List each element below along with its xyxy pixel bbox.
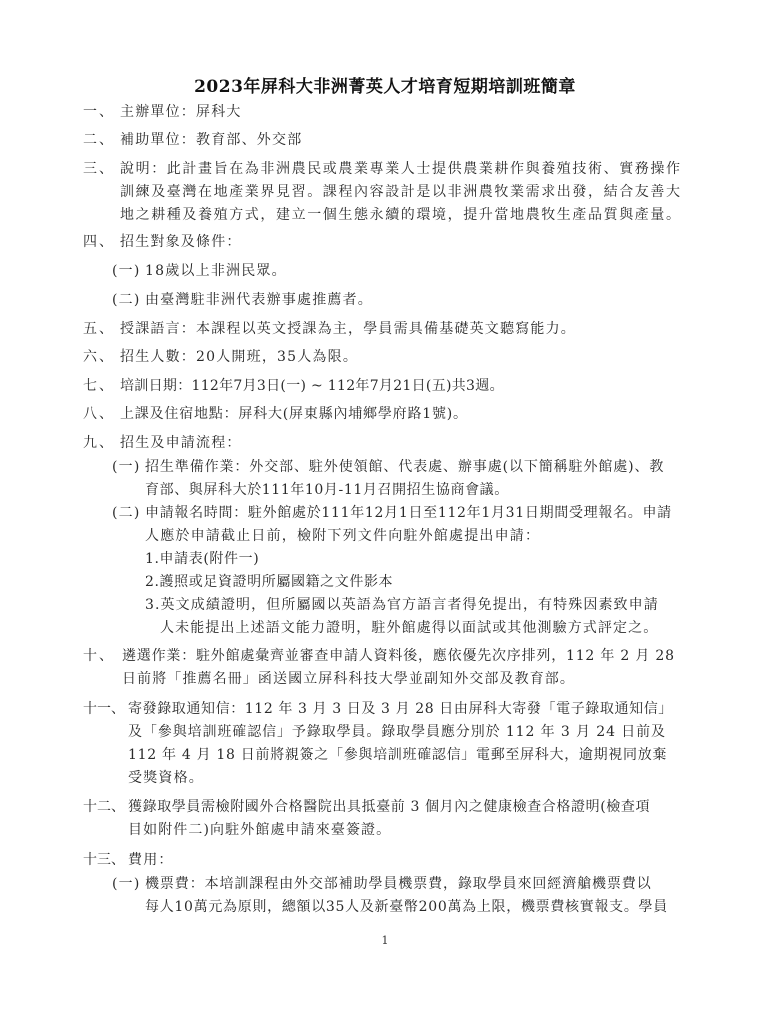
section-text: 招生及申請流程： bbox=[120, 434, 242, 452]
section-number: 十三、 bbox=[83, 851, 125, 869]
document-list-item: 3.英文成績證明，但所屬國以英語為官方語言者得免提出，有特殊因素致申請 bbox=[145, 596, 659, 614]
document-list-item: 1.申請表(附件一) bbox=[145, 550, 259, 568]
section-text: 寄發錄取通知信：112 年 3 月 3 日及 3 月 28 日由屏科大寄發「電子… bbox=[128, 700, 673, 718]
document-list-item: 2.護照或足資證明所屬國籍之文件影本 bbox=[145, 573, 393, 591]
section-text: 地之耕種及養殖方式，建立一個生態永續的環境，提升當地農牧生產品質與產量。 bbox=[120, 206, 682, 224]
item-text: 招生準備作業：外交部、駐外使領館、代表處、辦事處(以下簡稱駐外館處)、教 bbox=[145, 458, 664, 476]
section-text: 受獎資格。 bbox=[128, 769, 204, 787]
item-number: (一) bbox=[112, 262, 141, 280]
item-text: 人應於申請截止日前，檢附下列文件向駐外館處提出申請： bbox=[145, 527, 540, 545]
section-number: 六、 bbox=[83, 348, 115, 366]
section-number: 一、 bbox=[83, 103, 115, 121]
section-number: 七、 bbox=[83, 377, 115, 395]
section-text: 日前將「推薦名冊」函送國立屏科科技大學並副知外交部及教育部。 bbox=[122, 670, 575, 688]
section-number: 八、 bbox=[83, 405, 115, 423]
section-text: 訓練及臺灣在地產業界見習。課程內容設計是以非洲農牧業需求出發，結合友善大 bbox=[120, 183, 682, 201]
item-number: (一) bbox=[112, 458, 141, 476]
section-text: 補助單位：教育部、外交部 bbox=[120, 131, 302, 149]
section-number: 十二、 bbox=[83, 798, 125, 816]
item-number: (二) bbox=[112, 291, 141, 309]
item-number: (二) bbox=[112, 504, 141, 522]
item-text: 每人10萬元為原則，總額以35人及新臺幣200萬為上限，機票費核實報支。學員 bbox=[145, 898, 668, 916]
section-number: 十、 bbox=[83, 647, 115, 665]
item-text: 育部、與屏科大於111年10月-11月召開招生協商會議。 bbox=[145, 481, 509, 499]
section-text: 招生對象及條件： bbox=[120, 233, 242, 251]
item-text: 機票費：本培訓課程由外交部補助學員機票費，錄取學員來回經濟艙機票費以 bbox=[145, 875, 652, 893]
page-number: 1 bbox=[0, 934, 770, 947]
section-number: 四、 bbox=[83, 233, 115, 251]
section-text: 獲錄取學員需檢附國外合格醫院出具抵臺前 3 個月內之健康檢查合格證明(檢查項 bbox=[128, 798, 650, 816]
section-number: 十一、 bbox=[83, 700, 125, 718]
section-text: 費用： bbox=[128, 851, 174, 869]
document-page: 2023年屏科大非洲菁英人才培育短期培訓班簡章 一、 主辦單位：屏科大 二、 補… bbox=[0, 0, 770, 1024]
section-text: 目如附件二)向駐外館處申請來臺簽證。 bbox=[128, 821, 391, 839]
document-list-item: 人未能提出上述語文能力證明，駐外館處得以面試或其他測驗方式評定之。 bbox=[160, 619, 658, 637]
document-title: 2023年屏科大非洲菁英人才培育短期培訓班簡章 bbox=[0, 72, 770, 97]
item-text: 申請報名時間：駐外館處於111年12月1日至112年1月31日期間受理報名。申請 bbox=[145, 504, 672, 522]
item-text: 由臺灣駐非洲代表辦事處推薦者。 bbox=[145, 291, 373, 309]
section-text: 說明：此計畫旨在為非洲農民或農業專業人士提供農業耕作與養殖技術、實務操作 bbox=[120, 160, 682, 178]
section-text: 招生人數：20人開班，35人為限。 bbox=[120, 348, 358, 366]
section-text: 及「參與培訓班確認信」予錄取學員。錄取學員應分別於 112 年 3 月 24 日… bbox=[128, 723, 666, 741]
item-text: 18歲以上非洲民眾。 bbox=[145, 262, 287, 280]
section-text: 遴選作業：駐外館處彙齊並審查申請人資料後，應依優先次序排列，112 年 2 月 … bbox=[122, 647, 675, 665]
item-number: (一) bbox=[112, 875, 141, 893]
section-text: 授課語言：本課程以英文授課為主，學員需具備基礎英文聽寫能力。 bbox=[120, 320, 576, 338]
section-text: 上課及住宿地點：屏科大(屏東縣內埔鄉學府路1號)。 bbox=[120, 405, 468, 423]
section-number: 二、 bbox=[83, 131, 115, 149]
section-text: 主辦單位：屏科大 bbox=[120, 103, 242, 121]
section-text: 培訓日期：112年7月3日(一) ~ 112年7月21日(五)共3週。 bbox=[120, 377, 504, 395]
section-number: 九、 bbox=[83, 434, 115, 452]
section-text: 112 年 4 月 18 日前將親簽之「參與培訓班確認信」電郵至屏科大，逾期視同… bbox=[128, 746, 667, 764]
section-number: 五、 bbox=[83, 320, 115, 338]
section-number: 三、 bbox=[83, 160, 115, 178]
